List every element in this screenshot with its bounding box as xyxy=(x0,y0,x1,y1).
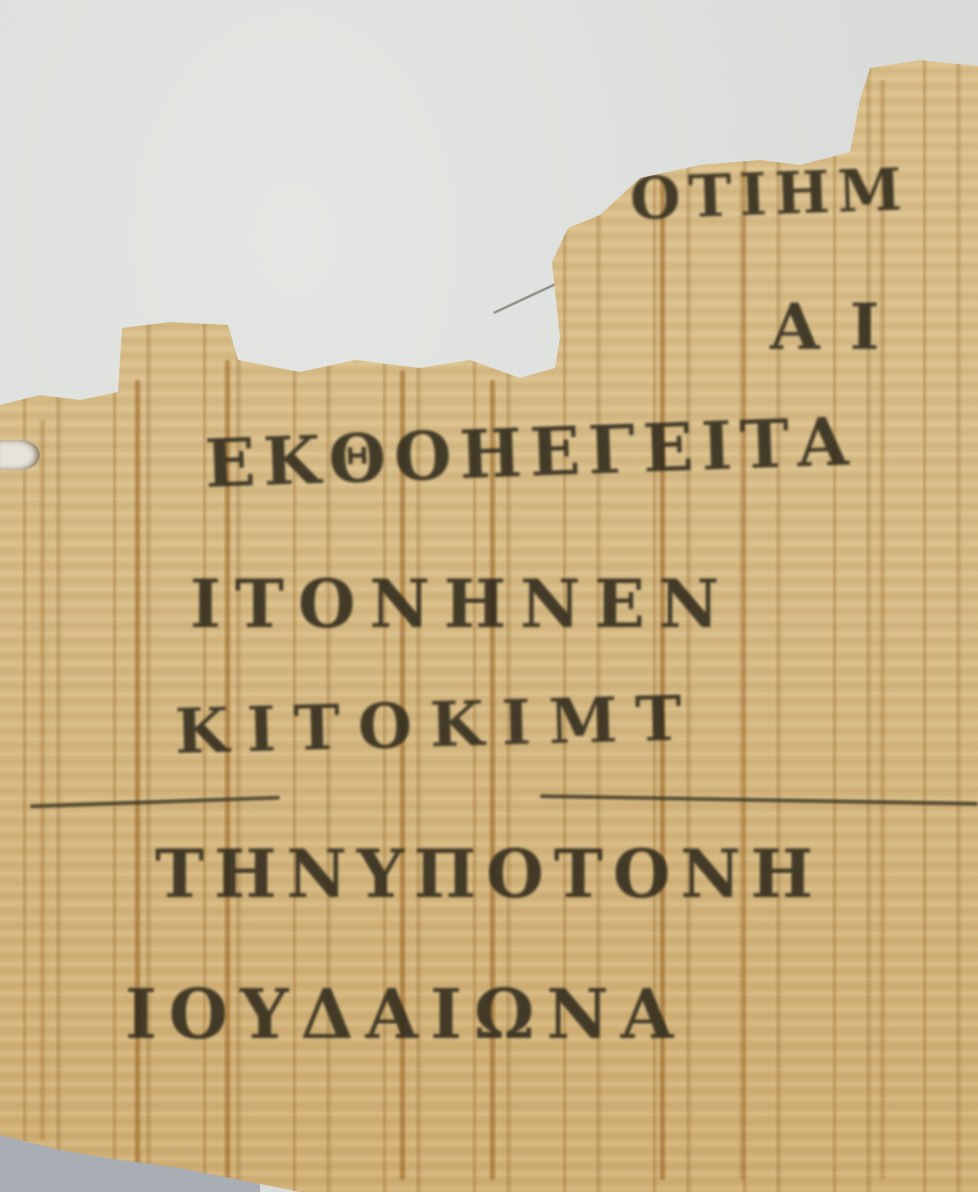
script-line-2: ΑΙ xyxy=(770,290,910,365)
script-line-3: ΕΚΘΟΗΕΓΕΙΤΑ xyxy=(204,402,858,503)
script-line-6: ΤΗΝΥΠΟΤΟΝΗ xyxy=(155,835,823,913)
ink-stroke xyxy=(30,796,280,809)
vertical-fiber xyxy=(135,380,140,1180)
vertical-fiber xyxy=(40,420,45,1140)
script-line-7: ΙΟΥΔΑΙΩΝΑ xyxy=(125,975,685,1055)
vertical-fiber xyxy=(490,380,495,1180)
vertical-fiber xyxy=(740,170,745,1180)
vertical-fiber xyxy=(880,80,885,1180)
papyrus-hole xyxy=(0,440,40,470)
script-line-4: ΙΤΟΝΗΝΕΝ xyxy=(190,565,733,643)
ink-stroke xyxy=(540,794,978,806)
script-line-5: ΚΙΤΟΚΙΜΤ xyxy=(174,681,700,768)
